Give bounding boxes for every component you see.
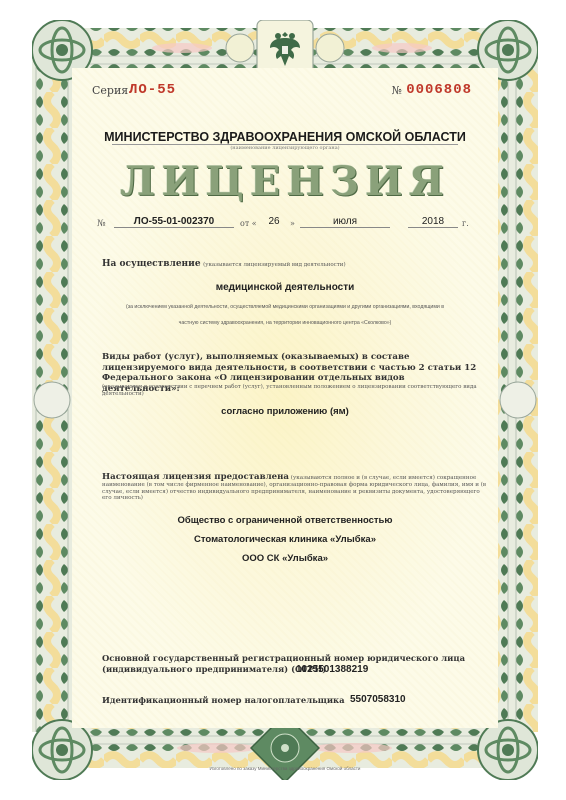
issue-day: 26 <box>254 216 294 227</box>
activity-hint: (указывается лицензируемый вид деятельно… <box>203 262 346 268</box>
series-row: Серия ЛО-55 № 0006808 <box>92 84 472 102</box>
grantee-label-lead: Настоящая лицензия предоставлена <box>102 472 289 482</box>
activity-label: На осуществление (указывается лицензируе… <box>102 258 346 269</box>
form-number-label: № <box>392 84 402 97</box>
works-hint: (указываются в соответствии с перечнем р… <box>102 384 482 397</box>
form-number-value: 0006808 <box>406 82 472 98</box>
org-short-name: ООО СК «Улыбка» <box>72 553 498 564</box>
org-full-name: Стоматологическая клиника «Улыбка» <box>72 534 498 545</box>
ogrn-value: 1025501388219 <box>296 664 368 675</box>
org-full-form: Общество с ограниченной ответственностью <box>72 515 498 526</box>
grantee-label: Настоящая лицензия предоставлена (указыв… <box>102 474 487 502</box>
inn-value: 5507058310 <box>350 694 406 705</box>
year-suffix: г. <box>462 219 469 228</box>
works-value: согласно приложению (ям) <box>72 406 498 417</box>
registration-line: № ЛО-55-01-002370 от « 26 » июля 2018 г. <box>92 216 478 234</box>
issue-month: июля <box>300 216 390 228</box>
series-value: ЛО-55 <box>129 82 176 98</box>
issue-year: 2018 <box>408 216 458 228</box>
license-number: ЛО-55-01-002370 <box>114 216 234 228</box>
activity-value: медицинской деятельности <box>72 282 498 293</box>
series-label: Серия <box>92 84 128 97</box>
activity-note-line1: (за исключением указанной деятельности, … <box>92 304 478 310</box>
document-title: ЛИЦЕНЗИЯ <box>72 158 498 205</box>
licensing-authority-hint: (наименование лицензирующего органа) <box>72 145 498 151</box>
licensing-authority: МИНИСТЕРСТВО ЗДРАВООХРАНЕНИЯ ОМСКОЙ ОБЛА… <box>72 130 498 144</box>
inn-label: Идентификационный номер налогоплательщик… <box>102 695 345 705</box>
day-close-quote: » <box>290 219 295 228</box>
coat-of-arms-icon <box>268 26 302 72</box>
ogrn-label: Основной государственный регистрационный… <box>102 653 487 674</box>
printer-note: Изготовлено по заказу Министерства здрав… <box>32 766 538 771</box>
activity-note-line2: частную систему здравоохранения, на терр… <box>92 320 478 326</box>
license-document: Серия ЛО-55 № 0006808 МИНИСТЕРСТВО ЗДРАВ… <box>32 20 538 780</box>
number-sign: № <box>97 219 106 229</box>
